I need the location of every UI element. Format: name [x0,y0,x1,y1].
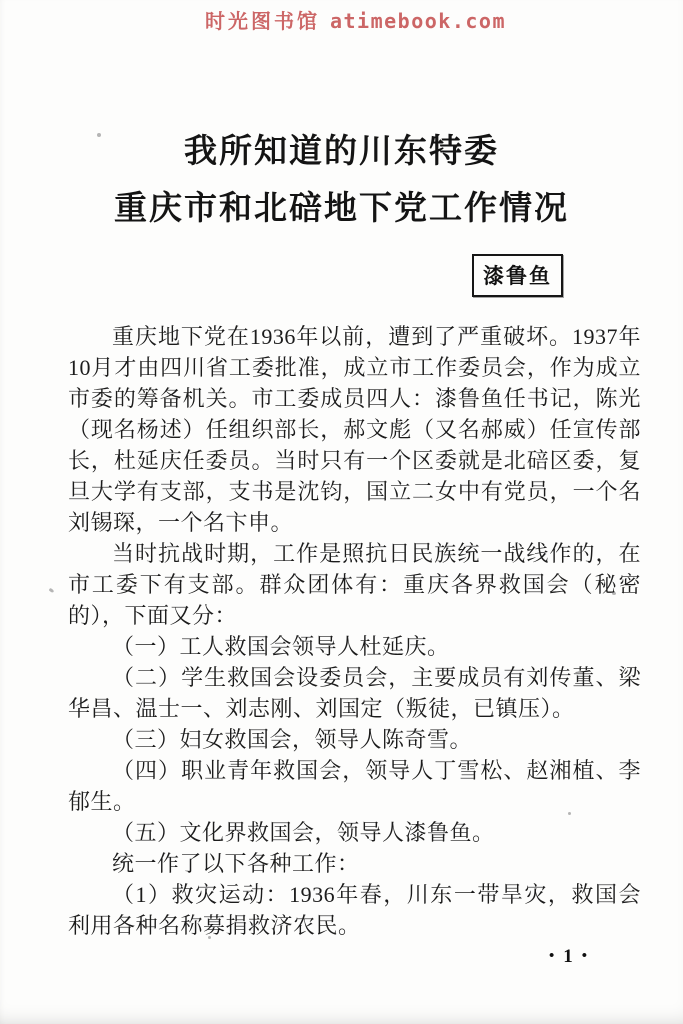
body-paragraph: （二）学生救国会设委员会，主要成员有刘传董、梁华昌、温士一、刘志刚、刘国定（叛徒… [68,662,641,724]
body-paragraph: （五）文化界救国会，领导人漆鲁鱼。 [68,817,641,848]
body-paragraph: （1）救灾运动：1936年春，川东一带旱灾，救国会利用各种名称募捐救济农民。 [68,879,641,941]
watermark-site-url: atimebook.com [330,9,506,33]
page-title: 我所知道的川东特委 重庆市和北碚地下党工作情况 [0,124,683,238]
scan-speck [612,592,616,595]
document-page: 时光图书馆atimebook.com 我所知道的川东特委 重庆市和北碚地下党工作… [0,0,683,1024]
body-paragraph: 重庆地下党在1936年以前，遭到了严重破坏。1937年10月才由四川省工委批准，… [68,321,641,538]
body-paragraph: 当时抗战时期，工作是照抗日民族统一战线作的，在市工委下有支部。群众团体有：重庆各… [68,538,641,631]
footer-dot-right: • [582,948,587,964]
watermark: 时光图书馆atimebook.com [0,5,683,34]
title-line-1: 我所知道的川东特委 [0,124,683,181]
document-body: 重庆地下党在1936年以前，遭到了严重破坏。1937年10月才由四川省工委批准，… [68,321,641,941]
page-number: 1 [563,946,573,967]
body-paragraph: （四）职业青年救国会，领导人丁雪松、赵湘植、李郁生。 [68,755,641,817]
watermark-library-name: 时光图书馆 [205,9,320,33]
footer-dot-left: • [549,948,554,964]
scan-speck [208,936,211,939]
body-paragraph: （三）妇女救国会，领导人陈奇雪。 [68,724,641,755]
scan-speck [49,588,55,593]
page-footer: •1• [549,946,587,968]
scan-speck [97,133,101,137]
author-name-box: 漆鲁鱼 [472,254,563,297]
author-row: 漆鲁鱼 [472,254,563,297]
body-paragraph: 统一作了以下各种工作： [68,848,641,879]
scan-speck [568,812,571,815]
title-line-2: 重庆市和北碚地下党工作情况 [0,181,683,238]
body-paragraph: （一）工人救国会领导人杜延庆。 [68,631,641,662]
